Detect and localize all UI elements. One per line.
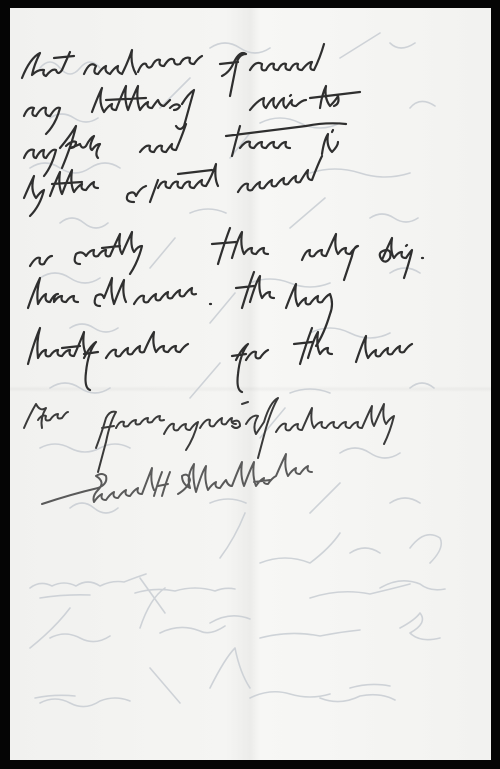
letter-page: sent and never forward any letters of mi… — [10, 8, 491, 760]
handwritten-text-strokes — [10, 8, 491, 760]
